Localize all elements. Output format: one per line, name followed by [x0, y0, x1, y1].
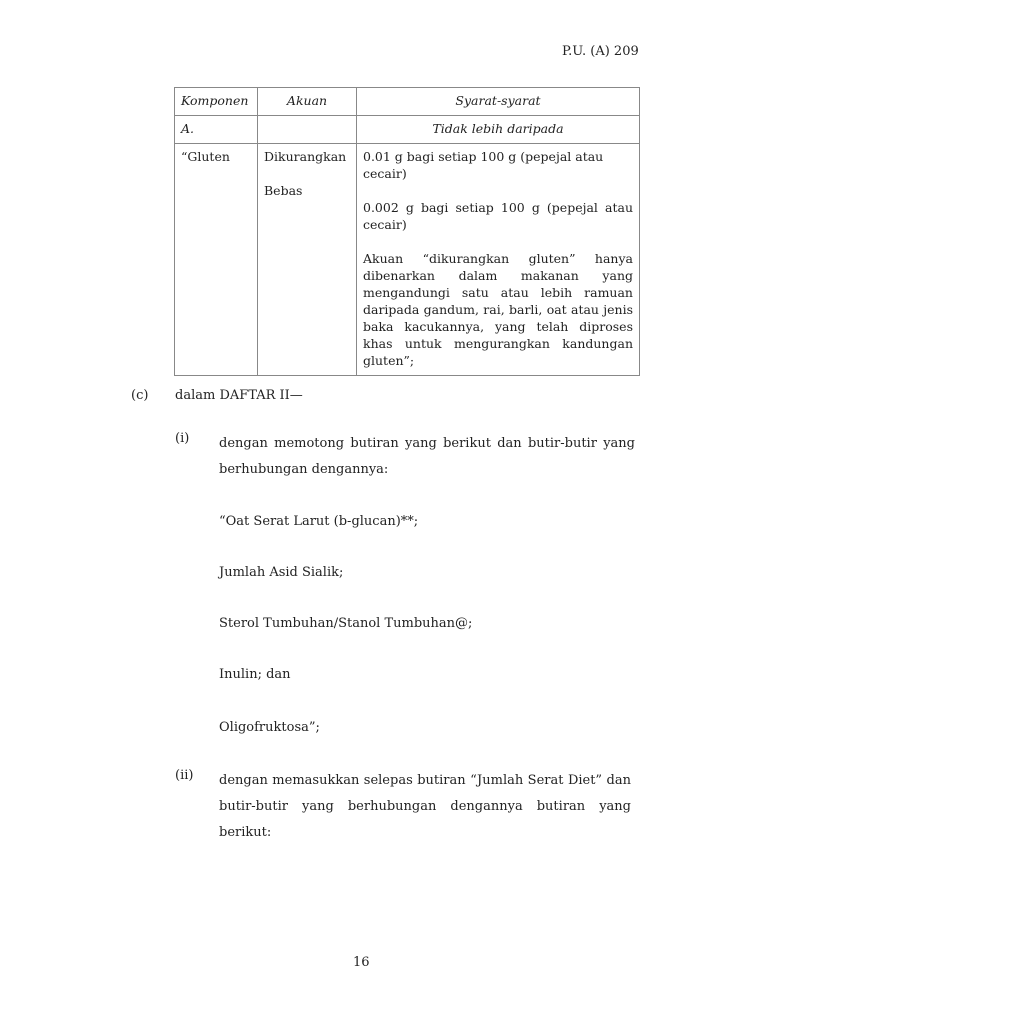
- item-ii-text: dengan memasukkan selepas butiran “Jumla…: [219, 768, 631, 846]
- page-number: 16: [353, 955, 370, 970]
- table-header-row: Komponen Akuan Syarat-syarat: [175, 88, 640, 116]
- syarat-bebas: 0.002 g bagi setiap 100 g (pepejal atau …: [363, 199, 633, 233]
- akuan-bebas: Bebas: [264, 182, 350, 199]
- item-i-text: dengan memotong butiran yang berikut dan…: [219, 431, 635, 483]
- cell-syarat-gluten: 0.01 g bagi setiap 100 g (pepejal atau c…: [357, 144, 640, 376]
- entry-inulin: Inulin; dan: [219, 667, 291, 682]
- header-syarat: Syarat-syarat: [357, 88, 640, 116]
- header-komponen: Komponen: [175, 88, 258, 116]
- section-c-label: (c): [131, 388, 148, 403]
- table-row-gluten: “Gluten Dikurangkan Bebas 0.01 g bagi se…: [175, 144, 640, 376]
- item-ii-label: (ii): [175, 768, 193, 783]
- cell-akuan-a: [258, 116, 357, 144]
- entry-oat: “Oat Serat Larut (b-glucan)**;: [219, 514, 418, 529]
- cell-akuan-gluten: Dikurangkan Bebas: [258, 144, 357, 376]
- gluten-requirements-table: Komponen Akuan Syarat-syarat A. Tidak le…: [174, 87, 640, 376]
- entry-sterol: Sterol Tumbuhan/Stanol Tumbuhan@;: [219, 616, 472, 631]
- cell-komponen-gluten: “Gluten: [175, 144, 258, 376]
- entry-asid-sialik: Jumlah Asid Sialik;: [219, 565, 343, 580]
- section-c-text: dalam DAFTAR II—: [175, 388, 303, 403]
- table-row-a: A. Tidak lebih daripada: [175, 116, 640, 144]
- cell-syarat-a: Tidak lebih daripada: [357, 116, 640, 144]
- item-i-label: (i): [175, 431, 189, 446]
- entry-oligofruktosa: Oligofruktosa”;: [219, 720, 320, 735]
- syarat-dikurangkan: 0.01 g bagi setiap 100 g (pepejal atau c…: [363, 148, 633, 182]
- header-akuan: Akuan: [258, 88, 357, 116]
- document-reference: P.U. (A) 209: [562, 44, 639, 59]
- syarat-note: Akuan “dikurangkan gluten” hanya dibenar…: [363, 250, 633, 369]
- cell-komponen-a: A.: [175, 116, 258, 144]
- akuan-dikurangkan: Dikurangkan: [264, 148, 350, 165]
